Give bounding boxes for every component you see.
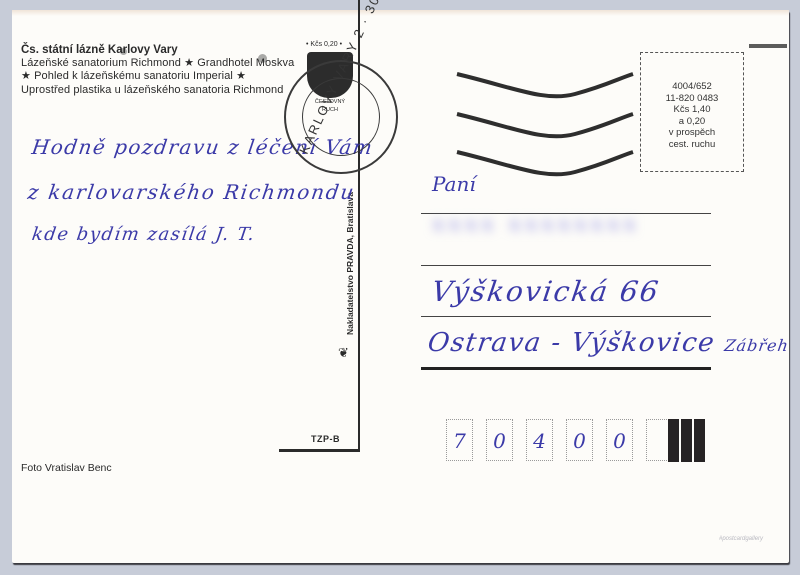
postage-fee-box: 4004/652 11-820 0483 Kčs 1,40 a 0,20 v p… [640,52,744,172]
address-line [421,265,711,266]
zip-digit-box: 0 [566,419,593,461]
caption-body: Lázeňské sanatorium Richmond ★ Grandhote… [21,57,296,97]
cancellation-wave-icon [455,68,635,108]
photo-credit: Foto Vratislav Benc [21,462,112,474]
fee-line: v prospěch [641,127,743,139]
paper-edge [12,10,789,16]
caption-title: Čs. státní lázně Karlovy Vary [21,44,178,56]
cancellation-wave-icon [455,146,635,186]
message-line-2: z karlovarského Richmondu [26,180,357,204]
address-name-redacted: xxxx xxxxxxxx [432,212,722,252]
fee-line: a 0,20 [641,116,743,128]
address-greeting: Paní [432,172,476,196]
bottom-rule [279,449,360,452]
sorting-bars-icon [668,419,705,462]
fee-line: Kčs 1,40 [641,104,743,116]
publisher-text: Nakladatelstvo PRAVDA, Bratislava [345,192,355,335]
cancellation-wave-icon [455,108,635,148]
print-code: TZP-B [311,434,340,444]
zip-digit-box: 0 [606,419,633,461]
fee-line: 4004/652 [641,81,743,93]
address-line-final [421,367,711,370]
address-district: Zábřeh [723,336,790,355]
zip-digit-box: 4 [526,419,553,461]
fee-line: cest. ruchu [641,139,743,151]
message-line-3: kde bydím zasílá J. T. [31,224,257,245]
postal-code-boxes: 7 0 4 0 0 [446,419,673,461]
address-street: Výškovická 66 [430,275,662,308]
publisher-logo-icon: ❦ [338,345,349,361]
stamp-value: • Kčs 0,20 • [306,41,342,48]
zip-digit-box: 0 [486,419,513,461]
watermark: #postcardgallery [719,536,763,542]
ink-smudge [749,44,787,48]
fee-line: 11-820 0483 [641,93,743,105]
address-line [421,316,711,317]
address-city: Ostrava - Výškovice Zábřeh [426,328,791,358]
zip-digit-box: 7 [446,419,473,461]
address-city-name: Ostrava - Výškovice [426,328,717,358]
